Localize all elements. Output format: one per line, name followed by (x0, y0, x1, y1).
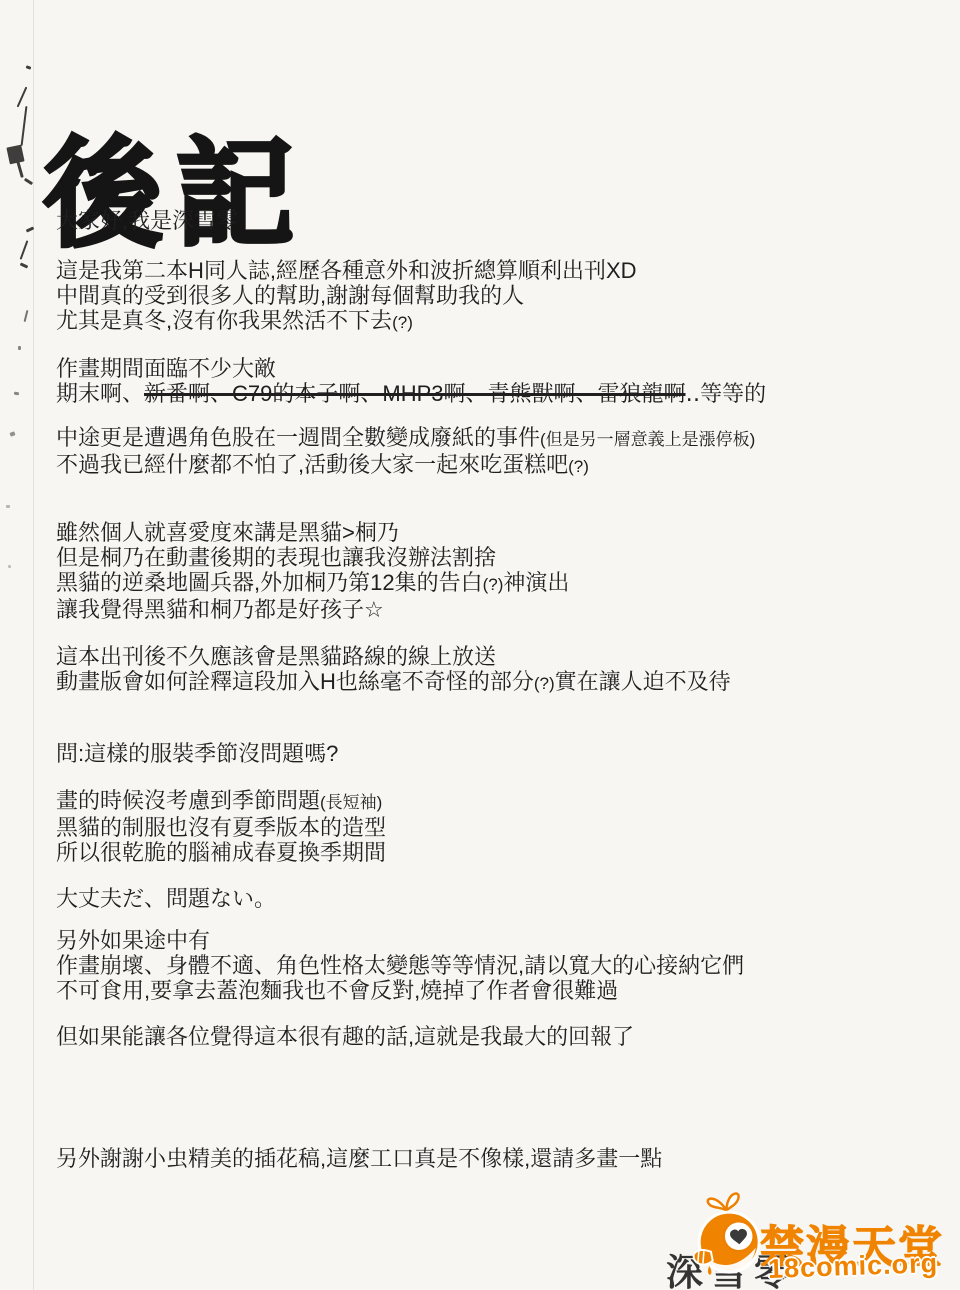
text-line: 黑貓的制服也沒有夏季版本的造型 (56, 815, 936, 840)
text-line: 尤其是真冬,沒有你我果然活不下去(?) (56, 308, 936, 335)
text-line: 問:這樣的服裝季節沒問題嗎? (56, 741, 936, 766)
text-line: 動畫版會如何詮釋這段加入H也絲毫不奇怪的部分(?)實在讓人迫不及待 (56, 669, 936, 696)
scan-artifact (17, 87, 28, 108)
scan-artifact (24, 178, 33, 185)
text-line: 黑貓的逆桑地圖兵器,外加桐乃第12集的告白(?)神演出 (56, 570, 936, 597)
text-line: 不過我已經什麼都不怕了,活動後大家一起來吃蛋糕吧(?) (56, 452, 936, 479)
paragraph: 另外如果途中有作畫崩壞、身體不適、角色性格太變態等等情況,請以寬大的心接納它們不… (56, 928, 936, 1003)
text-line: 但是桐乃在動畫後期的表現也讓我沒辦法割捨 (56, 545, 936, 570)
text-line: 讓我覺得黑貓和桐乃都是好孩子☆ (56, 597, 936, 622)
paragraph: 作畫期間面臨不少大敵期末啊、新番啊、C79的本子啊、MHP3啊、青熊獸啊、雷狼龍… (56, 356, 936, 406)
text-line: 這是我第二本H同人誌,經歷各種意外和波折總算順利出刊XD (56, 258, 936, 283)
paragraph: 另外謝謝小虫精美的插花稿,這麼工口真是不像樣,還請多畫一點 (56, 1146, 936, 1171)
text-line: 這本出刊後不久應該會是黑貓路線的線上放送 (56, 644, 936, 669)
paragraph: 這本出刊後不久應該會是黑貓路線的線上放送動畫版會如何詮釋這段加入H也絲毫不奇怪的… (56, 644, 936, 696)
paragraph: 大丈夫だ、問題ない。 (56, 886, 936, 911)
scan-artifact (20, 240, 29, 259)
text-line: 期末啊、新番啊、C79的本子啊、MHP3啊、青熊獸啊、雷狼龍啊‥等等的 (56, 381, 936, 406)
text-line: 另外如果途中有 (56, 928, 936, 953)
text-line: 作畫崩壞、身體不適、角色性格太變態等等情況,請以寬大的心接納它們 (56, 953, 936, 978)
scan-artifact (8, 565, 11, 568)
paragraph: 這是我第二本H同人誌,經歷各種意外和波折總算順利出刊XD中間真的受到很多人的幫助… (56, 258, 936, 335)
body-text: 大家好,我是深雪零這是我第二本H同人誌,經歷各種意外和波折總算順利出刊XD中間真… (56, 208, 936, 1171)
scan-artifact (24, 310, 29, 322)
text-line: 畫的時候沒考慮到季節問題(長短袖) (56, 788, 936, 815)
text-line: 雖然個人就喜愛度來講是黑貓>桐乃 (56, 520, 936, 545)
paragraph: 大家好,我是深雪零 (56, 208, 936, 233)
paragraph: 問:這樣的服裝季節沒問題嗎? (56, 741, 936, 766)
text-line: 作畫期間面臨不少大敵 (56, 356, 936, 381)
text-line: 大家好,我是深雪零 (56, 208, 936, 233)
text-line: 大丈夫だ、問題ない。 (56, 886, 936, 911)
scan-artifact (18, 346, 21, 350)
paragraph: 雖然個人就喜愛度來講是黑貓>桐乃但是桐乃在動畫後期的表現也讓我沒辦法割捨黑貓的逆… (56, 520, 936, 622)
text-line: 中間真的受到很多人的幫助,謝謝每個幫助我的人 (56, 283, 936, 308)
text-line: 中途更是遭遇角色股在一週間全數變成廢紙的事件(但是另一層意義上是漲停板) (56, 425, 936, 452)
text-line: 所以很乾脆的腦補成春夏換季期間 (56, 840, 936, 865)
scanned-afterword-page: 後記 大家好,我是深雪零這是我第二本H同人誌,經歷各種意外和波折總算順利出刊XD… (0, 0, 960, 1290)
paragraph: 但如果能讓各位覺得這本很有趣的話,這就是我最大的回報了 (56, 1024, 936, 1049)
watermark: 禁漫天堂 18comic.org (660, 1185, 960, 1290)
paragraph: 畫的時候沒考慮到季節問題(長短袖)黑貓的制服也沒有夏季版本的造型所以很乾脆的腦補… (56, 788, 936, 865)
scan-edge-line (33, 0, 34, 1290)
scan-artifact (9, 431, 15, 436)
scan-artifact (21, 106, 28, 146)
text-line: 另外謝謝小虫精美的插花稿,這麼工口真是不像樣,還請多畫一點 (56, 1146, 936, 1171)
scan-artifact (26, 65, 32, 70)
watermark-site-url: 18comic.org (768, 1248, 939, 1285)
paragraph: 中途更是遭遇角色股在一週間全數變成廢紙的事件(但是另一層意義上是漲停板)不過我已… (56, 425, 936, 479)
text-line: 不可食用,要拿去蓋泡麵我也不會反對,燒掉了作者會很難過 (56, 978, 936, 1003)
scan-artifact (20, 262, 29, 268)
text-line: 但如果能讓各位覺得這本很有趣的話,這就是我最大的回報了 (56, 1024, 936, 1049)
scan-artifact (14, 392, 19, 396)
scan-artifact (6, 505, 10, 508)
